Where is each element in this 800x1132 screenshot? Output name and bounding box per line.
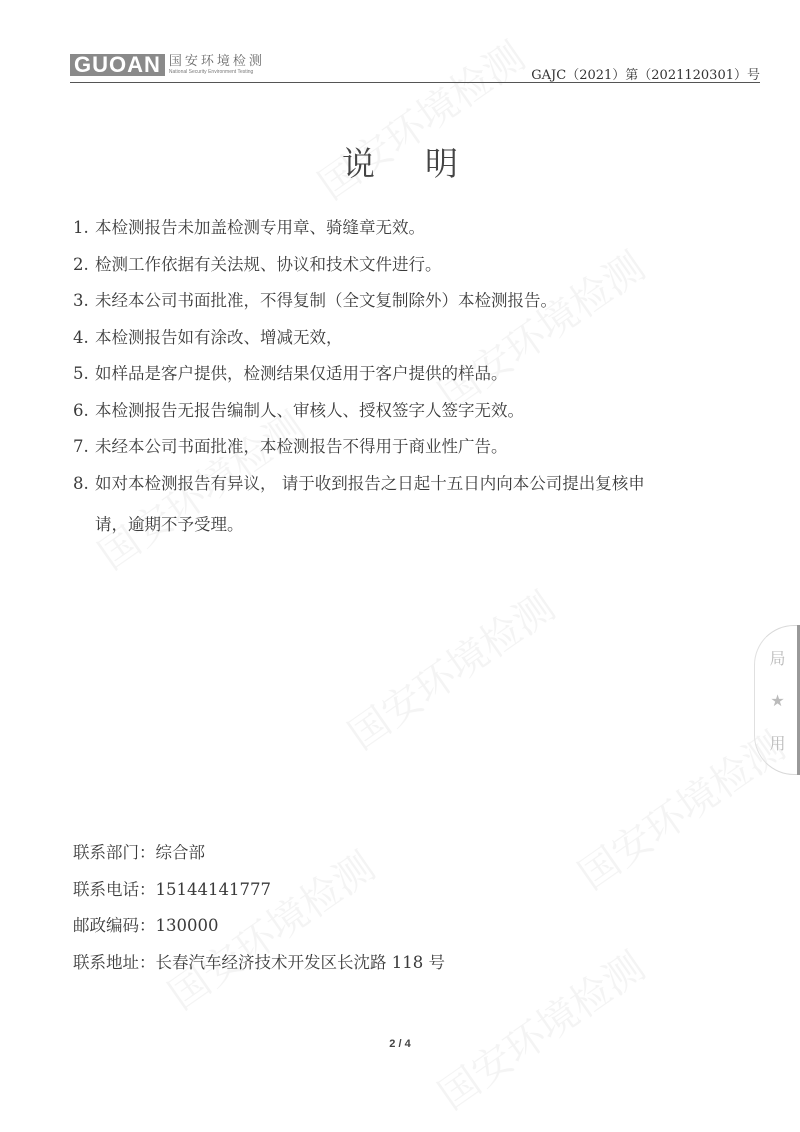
report-number: GAJC（2021）第（2021120301）号 (531, 64, 760, 83)
note-item: 5.如样品是客户提供，检测结果仅适用于客户提供的样品。 (73, 356, 753, 393)
contact-phone: 联系电话：15144141777 (73, 872, 445, 909)
logo-mark: GUOAN (70, 54, 165, 76)
note-item: 4.本检测报告如有涂改、增减无效， (73, 320, 753, 357)
page-title: 说明 (0, 138, 800, 185)
watermark: 国安环境检测 (425, 936, 654, 1120)
note-item: 1.本检测报告未加盖检测专用章、骑缝章无效。 (73, 210, 753, 247)
note-continuation: 请，逾期不予受理。 (73, 507, 753, 544)
note-item: 8.如对本检测报告有异议， 请于收到报告之日起十五日内向本公司提出复核申 (73, 466, 753, 503)
notes-list: 1.本检测报告未加盖检测专用章、骑缝章无效。 2.检测工作依据有关法规、协议和技… (73, 210, 753, 544)
contact-department: 联系部门：综合部 (73, 835, 445, 872)
seal-text-top: 局 (769, 646, 785, 669)
logo-english-name: National Security Environment Testing (169, 69, 265, 76)
header-divider (70, 82, 760, 83)
note-item: 2.检测工作依据有关法规、协议和技术文件进行。 (73, 247, 753, 284)
note-item: 3.未经本公司书面批准，不得复制（全文复制除外）本检测报告。 (73, 283, 753, 320)
page-header: GUOAN 国安环境检测 National Security Environme… (70, 52, 760, 86)
seal-text-bottom: 用 (769, 731, 785, 754)
star-icon: ★ (770, 691, 784, 710)
page-number: 2 / 4 (0, 1038, 800, 1050)
note-item: 6.本检测报告无报告编制人、审核人、授权签字人签字无效。 (73, 393, 753, 430)
seam-seal-stamp: 局 ★ 用 (754, 625, 800, 775)
logo-chinese-name: 国安环境检测 (169, 54, 265, 69)
contact-info: 联系部门：综合部 联系电话：15144141777 邮政编码：130000 联系… (73, 835, 445, 981)
contact-address: 联系地址：长春汽车经济技术开发区长沈路 118 号 (73, 945, 445, 982)
watermark: 国安环境检测 (335, 576, 564, 760)
note-item: 7.未经本公司书面批准，本检测报告不得用于商业性广告。 (73, 429, 753, 466)
company-logo: GUOAN 国安环境检测 National Security Environme… (70, 54, 265, 76)
contact-postcode: 邮政编码：130000 (73, 908, 445, 945)
